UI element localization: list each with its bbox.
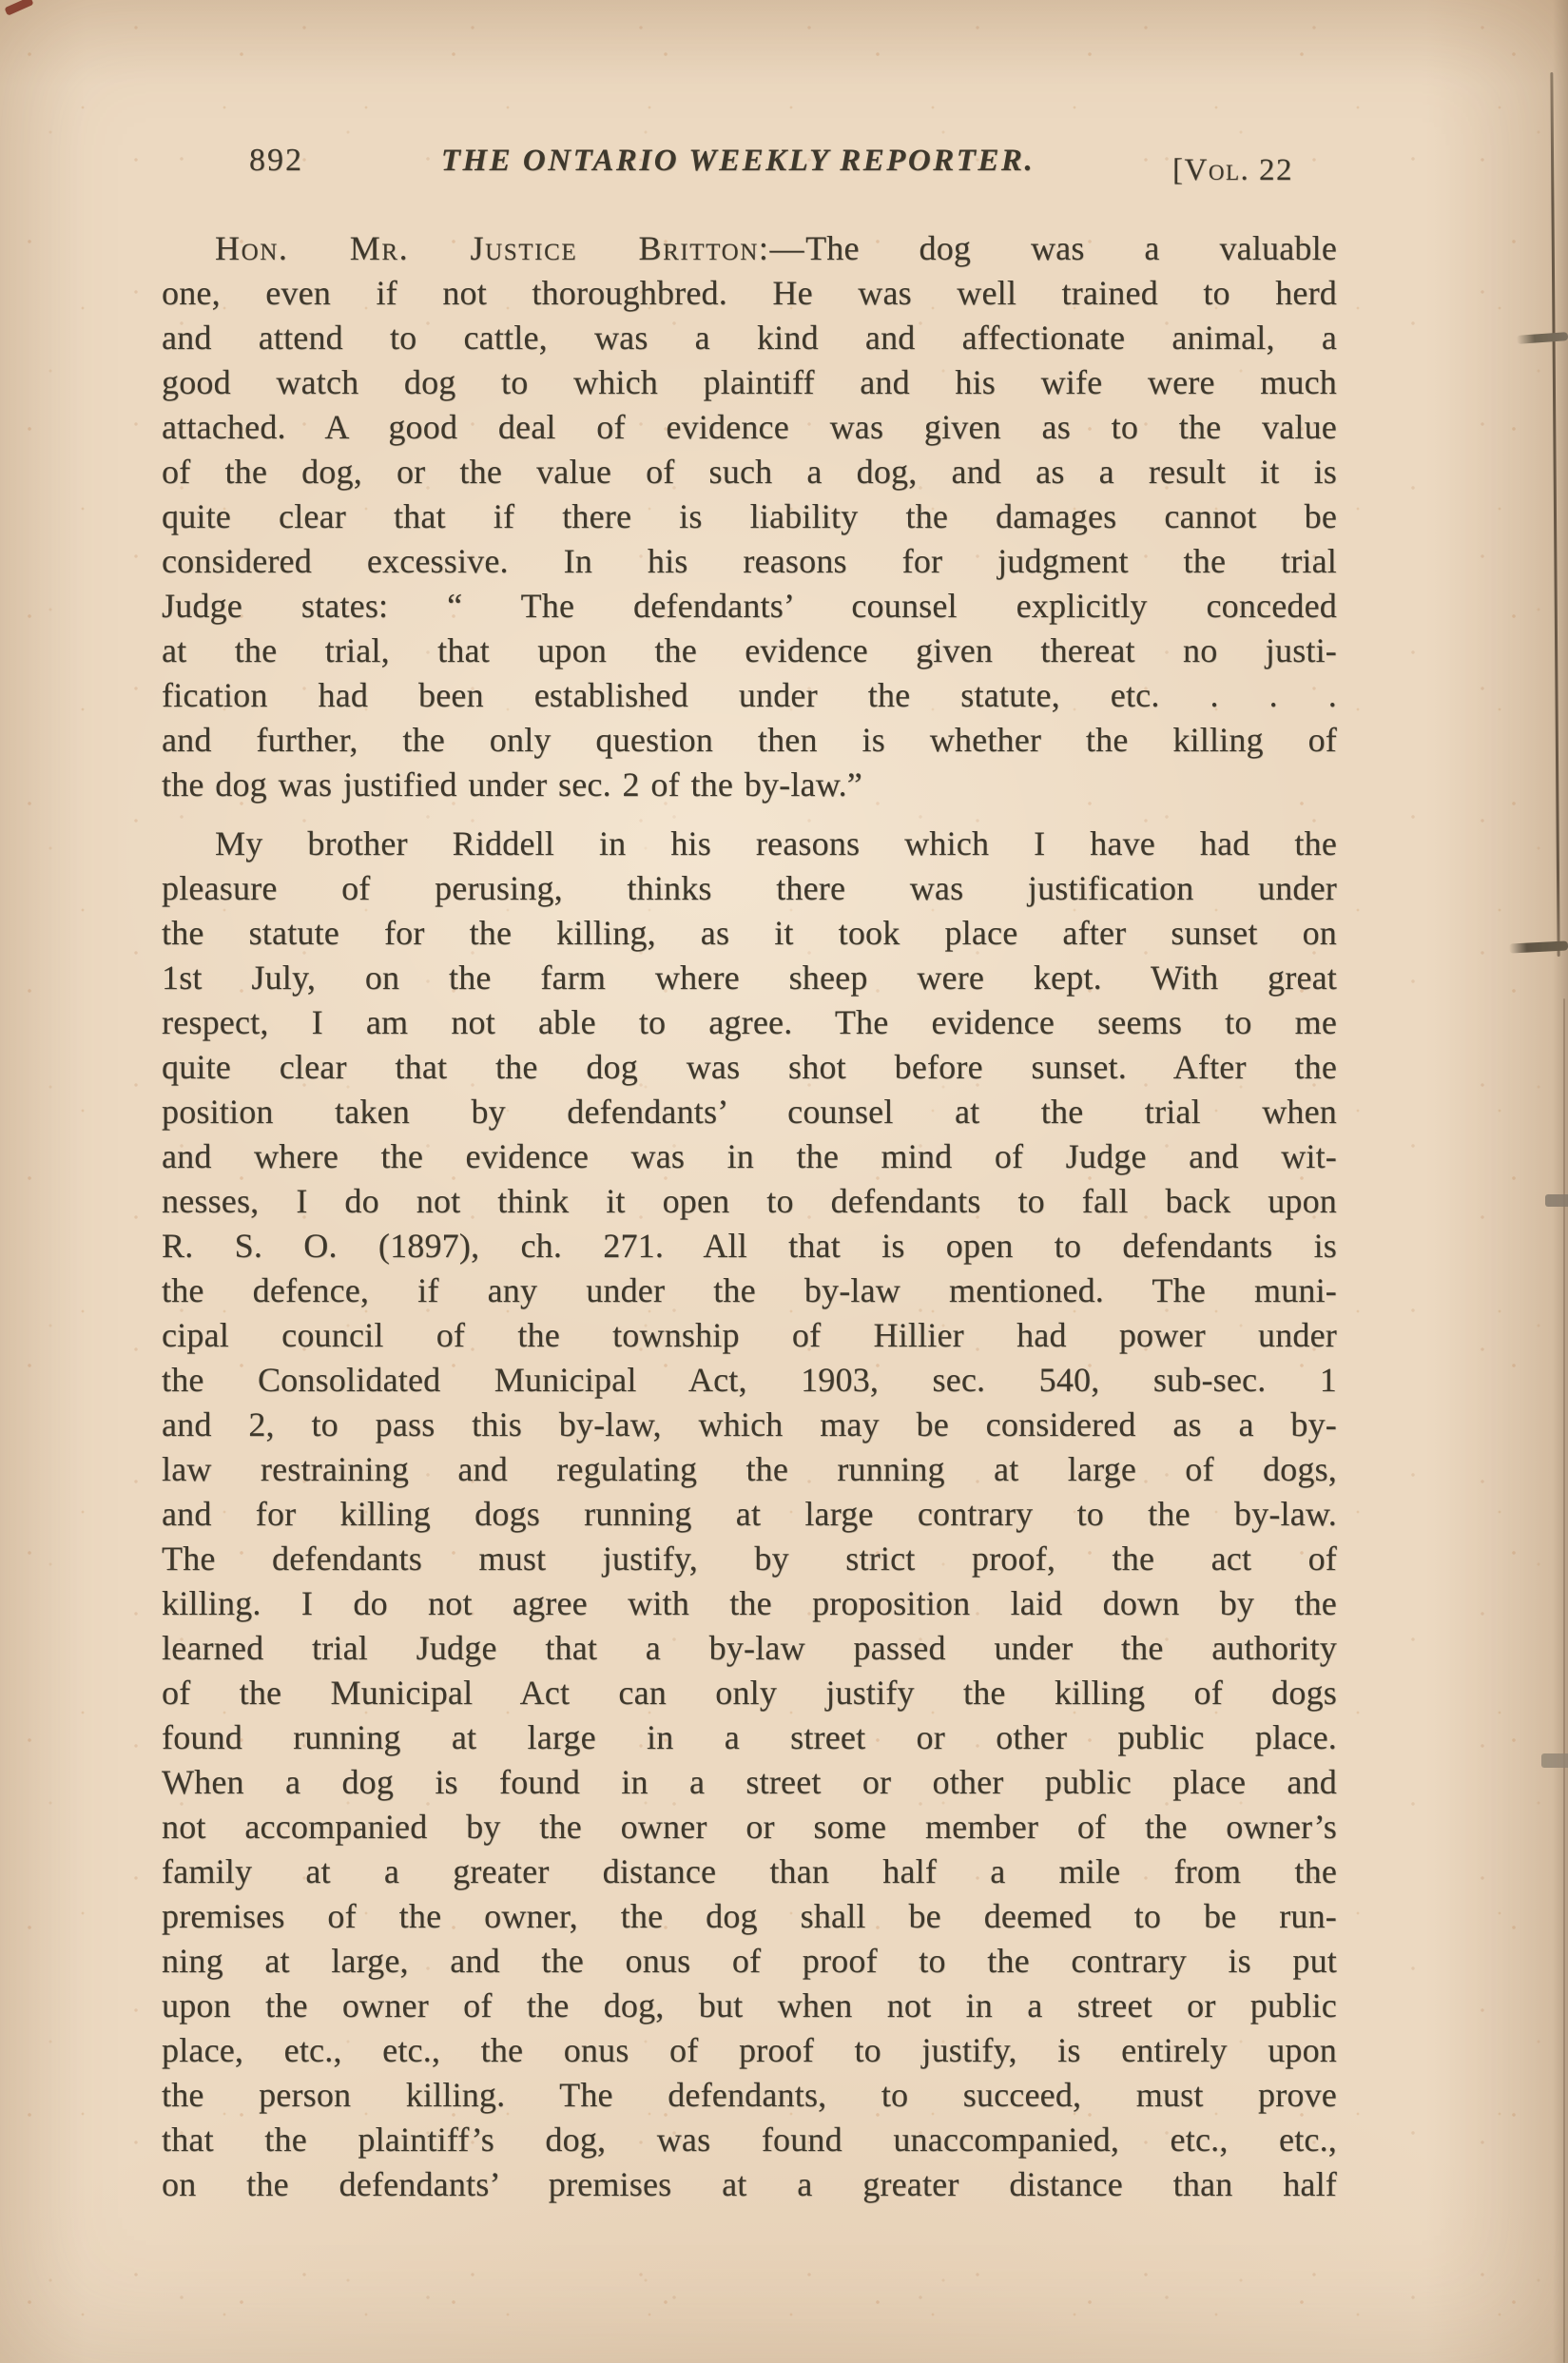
text-line: ning at large, and the onus of proof to … (162, 1939, 1337, 1984)
text-line: found running at large in a street or ot… (162, 1715, 1337, 1760)
text-line: pleasure of perusing, thinks there was j… (162, 866, 1337, 911)
journal-title: THE ONTARIO WEEKLY REPORTER. (303, 144, 1172, 179)
text-line: not accompanied by the owner or some mem… (162, 1805, 1337, 1850)
text-line: and further, the only question then is w… (162, 718, 1337, 763)
text-line: upon the owner of the dog, but when not … (162, 1984, 1337, 2028)
text-line: cipal council of the township of Hillier… (162, 1313, 1337, 1358)
binding-tape-stub (1545, 1194, 1568, 1207)
text-line: and where the evidence was in the mind o… (162, 1134, 1337, 1179)
paragraph-judgment-reasons: My brother Riddell in his reasons which … (162, 822, 1337, 2207)
text-line: premises of the owner, the dog shall be … (162, 1894, 1337, 1939)
text-line: good watch dog to which plaintiff and hi… (162, 360, 1337, 405)
text-line: My brother Riddell in his reasons which … (162, 822, 1337, 866)
text-line: respect, I am not able to agree. The evi… (162, 1000, 1337, 1045)
text-line: R. S. O. (1897), ch. 271. All that is op… (162, 1224, 1337, 1269)
text-line: the statute for the killing, as it took … (162, 911, 1337, 956)
page-number: 892 (249, 143, 303, 179)
text-line: of the Municipal Act can only justify th… (162, 1671, 1337, 1715)
text-line: quite clear that if there is liability t… (162, 494, 1337, 539)
text-line: place, etc., etc., the onus of proof to … (162, 2028, 1337, 2073)
text-line: on the defendants’ premises at a greater… (162, 2162, 1337, 2207)
text-line: family at a greater distance than half a… (162, 1850, 1337, 1894)
judge-name: Hon. Mr. Justice Britton:— (215, 229, 805, 267)
text-line: killing. I do not agree with the proposi… (162, 1581, 1337, 1626)
text-line: position taken by defendants’ counsel at… (162, 1090, 1337, 1134)
body-text: Hon. Mr. Justice Britton:—The dog was a … (162, 226, 1337, 2207)
text-line: When a dog is found in a street or other… (162, 1760, 1337, 1805)
red-ink-mark (4, 0, 33, 16)
text-line: one, even if not thoroughbred. He was we… (162, 271, 1337, 316)
page-header: 892 THE ONTARIO WEEKLY REPORTER. [Vol. 2… (162, 143, 1337, 179)
text-line: and for killing dogs running at large co… (162, 1492, 1337, 1537)
text-line: learned trial Judge that a by-law passed… (162, 1626, 1337, 1671)
text-line: that the plaintiff’s dog, was found unac… (162, 2118, 1337, 2162)
text-line: and attend to cattle, was a kind and aff… (162, 316, 1337, 360)
text-line: Judge states: “ The defendants’ counsel … (162, 584, 1337, 629)
paragraph-judgment-intro: Hon. Mr. Justice Britton:—The dog was a … (162, 226, 1337, 807)
text-line: and 2, to pass this by-law, which may be… (162, 1403, 1337, 1447)
text-line: the Consolidated Municipal Act, 1903, se… (162, 1358, 1337, 1403)
text-line: at the trial, that upon the evidence giv… (162, 629, 1337, 673)
volume-label: [Vol. 22 (1172, 153, 1293, 188)
binding-tape-stub (1541, 1753, 1568, 1768)
text-line: the person killing. The defendants, to s… (162, 2073, 1337, 2118)
text-line: fication had been established under the … (162, 673, 1337, 718)
text-line: law restraining and regulating the runni… (162, 1447, 1337, 1492)
scanned-book-page: 892 THE ONTARIO WEEKLY REPORTER. [Vol. 2… (0, 0, 1568, 2363)
text-line: the defence, if any under the by-law men… (162, 1269, 1337, 1313)
text-line: considered excessive. In his reasons for… (162, 539, 1337, 584)
text-line: The defendants must justify, by strict p… (162, 1537, 1337, 1581)
text-line: 1st July, on the farm where sheep were k… (162, 956, 1337, 1000)
text-line: the dog was justified under sec. 2 of th… (162, 763, 1337, 807)
text-line: nesses, I do not think it open to defend… (162, 1179, 1337, 1224)
text-line: attached. A good deal of evidence was gi… (162, 405, 1337, 450)
text-line: of the dog, or the value of such a dog, … (162, 450, 1337, 494)
text-line: quite clear that the dog was shot before… (162, 1045, 1337, 1090)
text-line: Hon. Mr. Justice Britton:—The dog was a … (162, 226, 1337, 271)
